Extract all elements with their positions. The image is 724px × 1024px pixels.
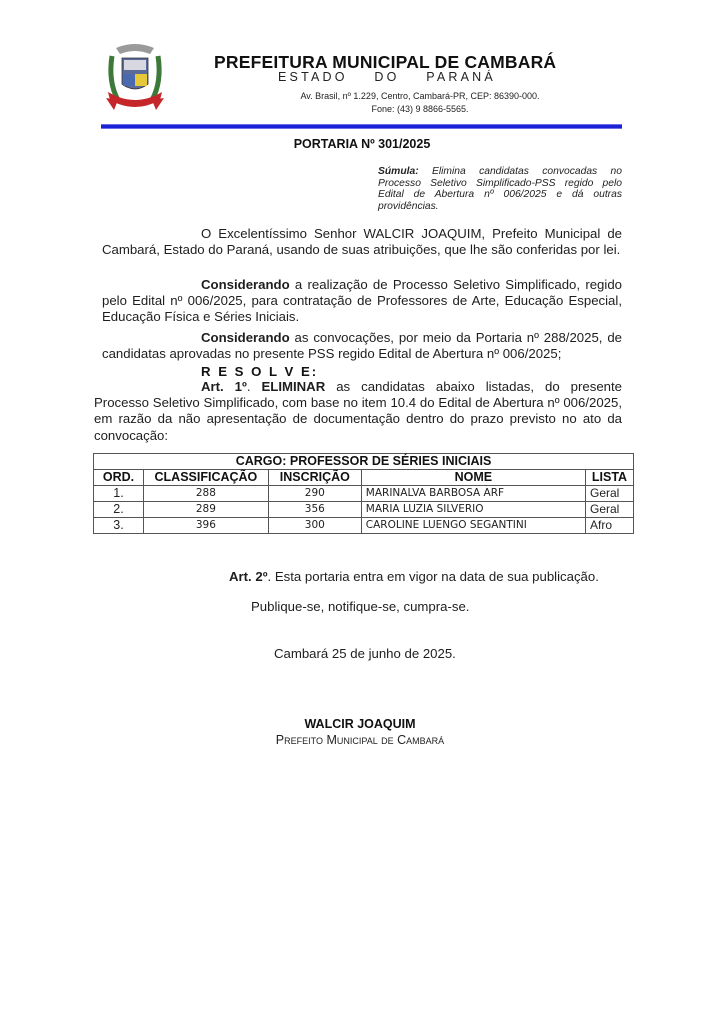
column-header: ORD. [94,470,144,486]
table-caption-row: CARGO: PROFESSOR DE SÉRIES INICIAIS [94,454,634,470]
article-1-text: as candidatas abaixo listadas, do presen… [94,379,622,443]
eliminated-candidates-table: CARGO: PROFESSOR DE SÉRIES INICIAIS ORD.… [93,453,634,534]
considerando-paragraph-1: Considerando a realização de Processo Se… [102,277,622,326]
signatory-name: WALCIR JOAQUIM [240,717,480,731]
article-1-separator: . [247,379,262,394]
considerando-text: a realização de Processo Seletivo Simpli… [102,277,622,324]
cell-ord: 2. [94,502,144,518]
cell-lista: Geral [585,486,633,502]
column-header: NOME [361,470,585,486]
considerando-label: Considerando [201,330,290,345]
publish-notice: Publique-se, notifique-se, cumpra-se. [251,599,469,614]
phone: Fone: (43) 9 8866-5565. [200,104,640,114]
cell-classificacao: 396 [143,518,268,534]
cell-ord: 3. [94,518,144,534]
article-2-paragraph: Art. 2º. Esta portaria entra em vigor na… [229,569,599,584]
state-subtitle: ESTADO DO PARANÁ [278,70,496,84]
column-header: INSCRIÇÃO [268,470,361,486]
considerando-label: Considerando [201,277,290,292]
document-title: PORTARIA Nº 301/2025 [100,137,624,151]
article-1-label: Art. 1º [201,379,247,394]
cell-classificacao: 289 [143,502,268,518]
place-and-date: Cambará 25 de junho de 2025. [274,646,456,661]
cell-classificacao: 288 [143,486,268,502]
table-row: 1. 288 290 MARINALVA BARBOSA ARF Geral [94,486,634,502]
table-header-row: ORD. CLASSIFICAÇÃO INSCRIÇÃO NOME LISTA [94,470,634,486]
preamble-paragraph: O Excelentíssimo Senhor WALCIR JOAQUIM, … [102,226,622,258]
cell-nome: MARINALVA BARBOSA ARF [361,486,585,502]
table-row: 2. 289 356 MARIA LUZIA SILVERIO Geral [94,502,634,518]
summary-label: Súmula: [378,166,419,177]
cell-nome: MARIA LUZIA SILVERIO [361,502,585,518]
cell-inscricao: 356 [268,502,361,518]
cell-inscricao: 300 [268,518,361,534]
article-2-text: . Esta portaria entra em vigor na data d… [268,569,599,584]
preamble-text: O Excelentíssimo Senhor WALCIR JOAQUIM, … [102,226,622,257]
cell-lista: Geral [585,502,633,518]
article-1-paragraph: Art. 1º. ELIMINAR as candidatas abaixo l… [94,379,622,444]
cell-lista: Afro [585,518,633,534]
address: Av. Brasil, nº 1.229, Centro, Cambará-PR… [200,91,640,101]
resolve-heading: R E S O L V E: [201,364,318,379]
column-header: LISTA [585,470,633,486]
summary: Súmula: Elimina candidatas convocadas no… [378,166,622,212]
considerando-text: as convocações, por meio da Portaria nº … [102,330,622,361]
cell-nome: CAROLINE LUENGO SEGANTINI [361,518,585,534]
table-row: 3. 396 300 CAROLINE LUENGO SEGANTINI Afr… [94,518,634,534]
considerando-paragraph-2: Considerando as convocações, por meio da… [102,330,622,362]
article-1-action: ELIMINAR [261,379,325,394]
coat-of-arms-icon [104,42,166,112]
cell-inscricao: 290 [268,486,361,502]
cell-ord: 1. [94,486,144,502]
article-2-label: Art. 2º [229,569,268,584]
table-caption: CARGO: PROFESSOR DE SÉRIES INICIAIS [94,454,634,470]
header-divider [101,124,622,129]
signatory-role: Prefeito Municipal de Cambará [240,733,480,747]
column-header: CLASSIFICAÇÃO [143,470,268,486]
